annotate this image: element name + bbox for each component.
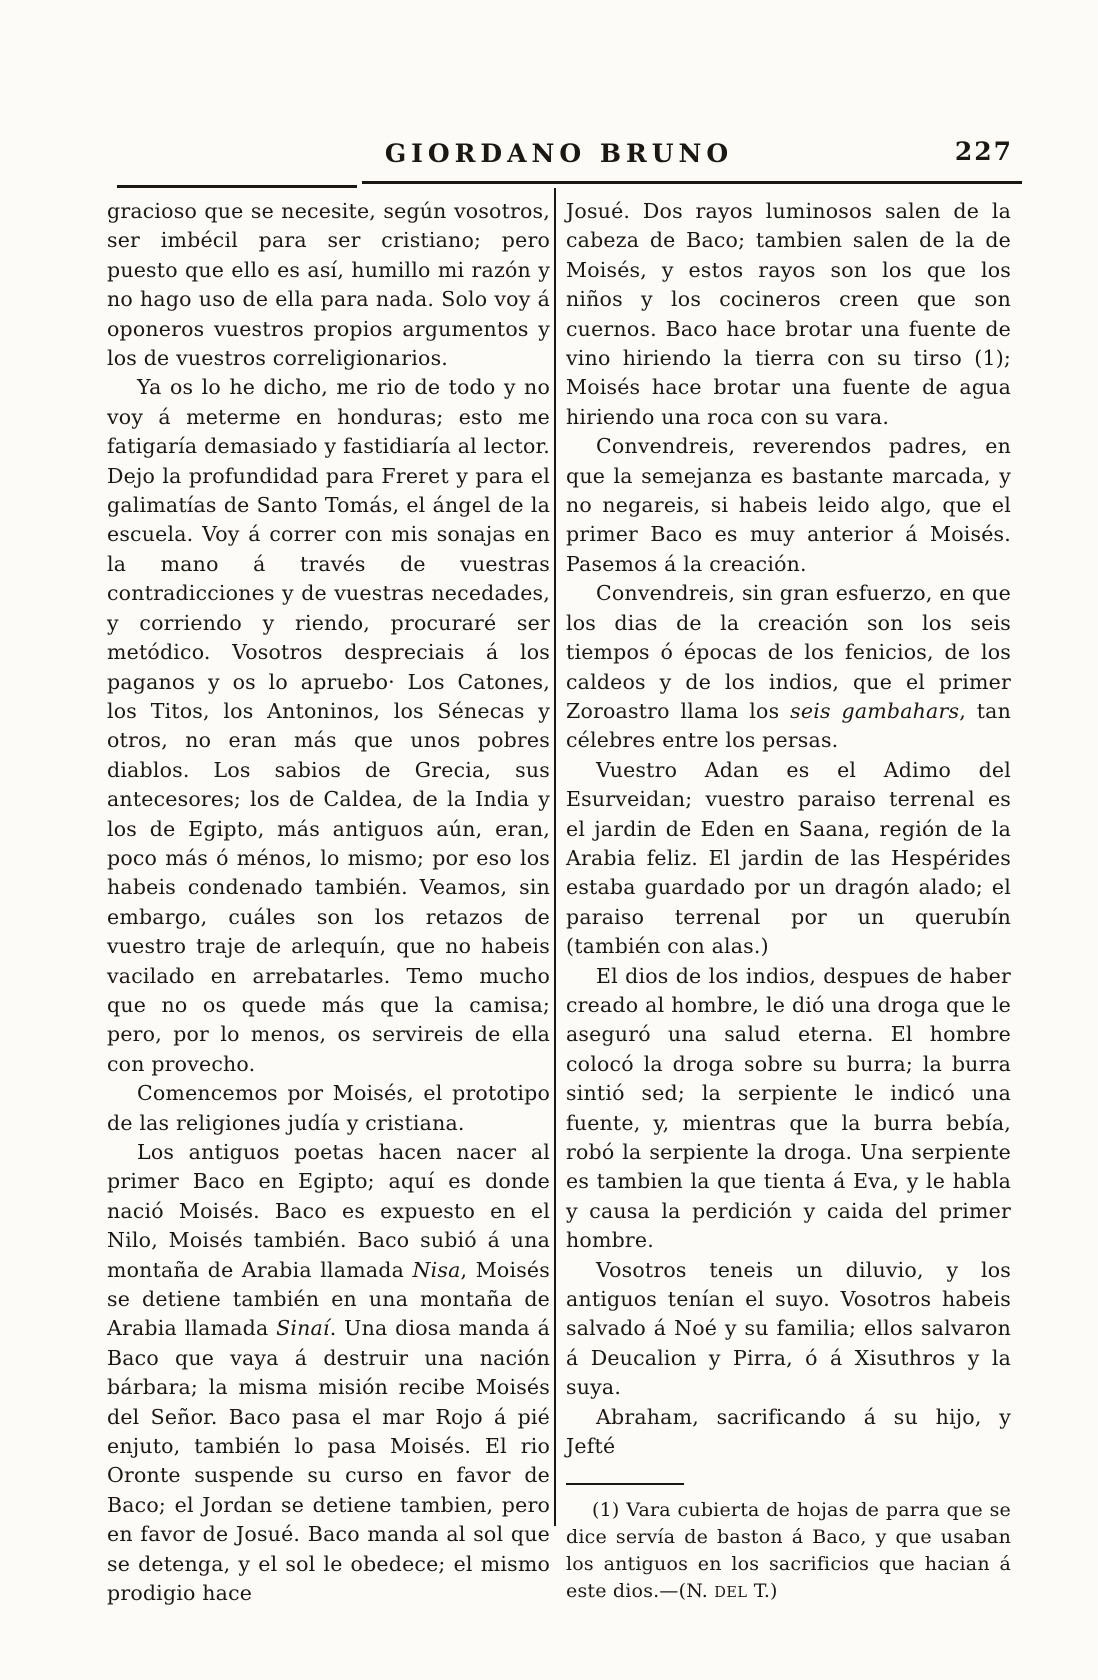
paragraph: (1) Vara cubierta de hojas de parra que … [566,1497,1011,1607]
body-text: Vosotros teneis un diluvio, y los antigu… [566,1258,1011,1400]
paragraph: Vosotros teneis un diluvio, y los antigu… [566,1256,1011,1403]
right-column-paragraphs: Josué. Dos rayos luminosos salen de la c… [566,197,1011,1461]
page-number: 227 [928,137,1013,166]
small-caps-text: DEL [714,1585,747,1601]
italic-text: seis gambahars [790,699,959,723]
paragraph: gracioso que se necesite, según vosotros… [107,197,550,373]
page-header-title: GIORDANO BRUNO [107,139,1011,168]
body-text: Vuestro Adan es el Adimo del Esurveidan;… [566,758,1011,958]
body-text: Ya os lo he dicho, me rio de todo y no v… [107,375,550,1075]
paragraph: Josué. Dos rayos luminosos salen de la c… [566,197,1011,432]
body-text: El dios de los indios, despues de haber … [566,964,1011,1253]
body-text: Convendreis, reverendos padres, en que l… [566,434,1011,576]
body-text: Comencemos por Moisés, el prototipo de l… [107,1081,550,1134]
paragraph: Convendreis, sin gran esfuerzo, en que l… [566,579,1011,755]
header-rule-right-segment [362,181,1022,184]
paragraph: Ya os lo he dicho, me rio de todo y no v… [107,373,550,1079]
body-text: (1) Vara cubierta de hojas de parra que … [566,1499,1011,1602]
body-text: . Una diosa manda á Baco que vaya á dest… [107,1316,550,1605]
paragraph: Convendreis, reverendos padres, en que l… [566,432,1011,579]
body-text: Josué. Dos rayos luminosos salen de la c… [566,199,1011,429]
body-text: Abraham, sacrificando á su hijo, y Jefté [566,1405,1011,1458]
body-text: gracioso que se necesite, según vosotros… [107,199,550,370]
footnote-separator-rule [566,1483,684,1485]
paragraph: Abraham, sacrificando á su hijo, y Jefté [566,1403,1011,1462]
footnote: (1) Vara cubierta de hojas de parra que … [566,1497,1011,1607]
italic-text: Nisa [412,1258,460,1282]
header-rule-left-segment [117,185,357,188]
body-text: T.) [748,1580,778,1602]
left-text-column: gracioso que se necesite, según vosotros… [107,197,550,1609]
italic-text: Sinaí [276,1316,330,1340]
column-divider-rule [554,188,556,1526]
paragraph: El dios de los indios, despues de haber … [566,962,1011,1256]
book-page: GIORDANO BRUNO 227 gracioso que se neces… [0,0,1098,1680]
paragraph: Vuestro Adan es el Adimo del Esurveidan;… [566,756,1011,962]
paragraph: Los antiguos poetas hacen nacer al prime… [107,1138,550,1609]
right-text-column: Josué. Dos rayos luminosos salen de la c… [566,197,1011,1607]
paragraph: Comencemos por Moisés, el prototipo de l… [107,1079,550,1138]
